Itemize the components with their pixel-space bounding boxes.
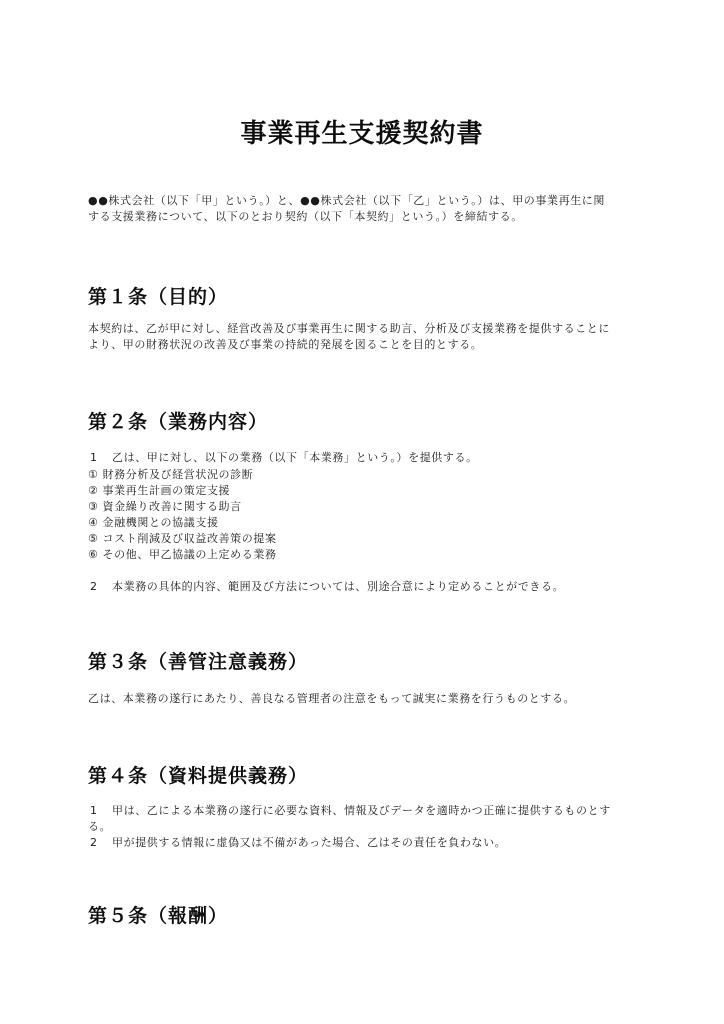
clause-number: 1: [88, 803, 112, 819]
list-item: ④ 金融機関との協議支援: [88, 515, 648, 531]
clause-text: 本業務の具体的内容、範囲及び方法については、別途合意により定めることができる。: [112, 580, 564, 593]
list-item: ① 財務分析及び経営状況の診断: [88, 467, 648, 483]
article-1-body: 本契約は、乙が甲に対し、経営改善及び事業再生に関する助言、分析及び支援業務を提供…: [88, 321, 648, 353]
clause-continuation: る。: [88, 819, 648, 835]
article-1-line: 本契約は、乙が甲に対し、経営改善及び事業再生に関する助言、分析及び支援業務を提供…: [88, 321, 648, 337]
article-2-clause-1: 1乙は、甲に対し、以下の業務（以下「本業務」という。）を提供する。: [88, 450, 648, 466]
clause-line: 1乙は、甲に対し、以下の業務（以下「本業務」という。）を提供する。: [88, 450, 648, 466]
clause-line: 2本業務の具体的内容、範囲及び方法については、別途合意により定めることができる。: [88, 579, 648, 595]
article-2-heading: 第２条（業務内容）: [88, 408, 268, 436]
clause-number: 2: [88, 579, 112, 595]
preamble: ●●株式会社（以下「甲」という。）と、●●株式会社（以下「乙」という。）は、甲の…: [88, 193, 648, 225]
document-title: 事業再生支援契約書: [0, 116, 724, 152]
article-3-heading: 第３条（善管注意義務）: [88, 648, 308, 676]
preamble-line: する支援業務について、以下のとおり契約（以下「本契約」という。）を締結する。: [88, 209, 648, 225]
clause-number: 2: [88, 835, 112, 851]
article-5-heading: 第５条（報酬）: [88, 902, 228, 930]
clause-text: 乙は、甲に対し、以下の業務（以下「本業務」という。）を提供する。: [112, 451, 478, 464]
article-1-line: より、甲の財務状況の改善及び事業の持続的発展を図ることを目的とする。: [88, 337, 648, 353]
document-page: 事業再生支援契約書 ●●株式会社（以下「甲」という。）と、●●株式会社（以下「乙…: [0, 0, 724, 1024]
article-4-clause-1: 1甲は、乙による本業務の遂行に必要な資料、情報及びデータを適時かつ正確に提供する…: [88, 803, 648, 851]
article-1-heading: 第１条（目的）: [88, 283, 228, 311]
article-3-line: 乙は、本業務の遂行にあたり、善良なる管理者の注意をもって誠実に業務を行うものとす…: [88, 691, 648, 707]
list-item: ⑥ その他、甲乙協議の上定める業務: [88, 547, 648, 563]
article-2-clause-2: 2本業務の具体的内容、範囲及び方法については、別途合意により定めることができる。: [88, 579, 648, 595]
clause-number: 1: [88, 450, 112, 466]
list-item: ⑤ コスト削減及び収益改善策の提案: [88, 531, 648, 547]
clause-line: 2甲が提供する情報に虚偽又は不備があった場合、乙はその責任を負わない。: [88, 835, 648, 851]
article-2-item-list: ① 財務分析及び経営状況の診断 ② 事業再生計画の策定支援 ③ 資金繰り改善に関…: [88, 467, 648, 563]
clause-text: 甲は、乙による本業務の遂行に必要な資料、情報及びデータを適時かつ正確に提供するも…: [112, 804, 611, 817]
preamble-line: ●●株式会社（以下「甲」という。）と、●●株式会社（以下「乙」という。）は、甲の…: [88, 193, 648, 209]
article-3-body: 乙は、本業務の遂行にあたり、善良なる管理者の注意をもって誠実に業務を行うものとす…: [88, 691, 648, 707]
list-item: ③ 資金繰り改善に関する助言: [88, 499, 648, 515]
clause-line: 1甲は、乙による本業務の遂行に必要な資料、情報及びデータを適時かつ正確に提供する…: [88, 803, 648, 819]
article-4-heading: 第４条（資料提供義務）: [88, 762, 308, 790]
list-item: ② 事業再生計画の策定支援: [88, 483, 648, 499]
clause-text: 甲が提供する情報に虚偽又は不備があった場合、乙はその責任を負わない。: [112, 836, 506, 849]
